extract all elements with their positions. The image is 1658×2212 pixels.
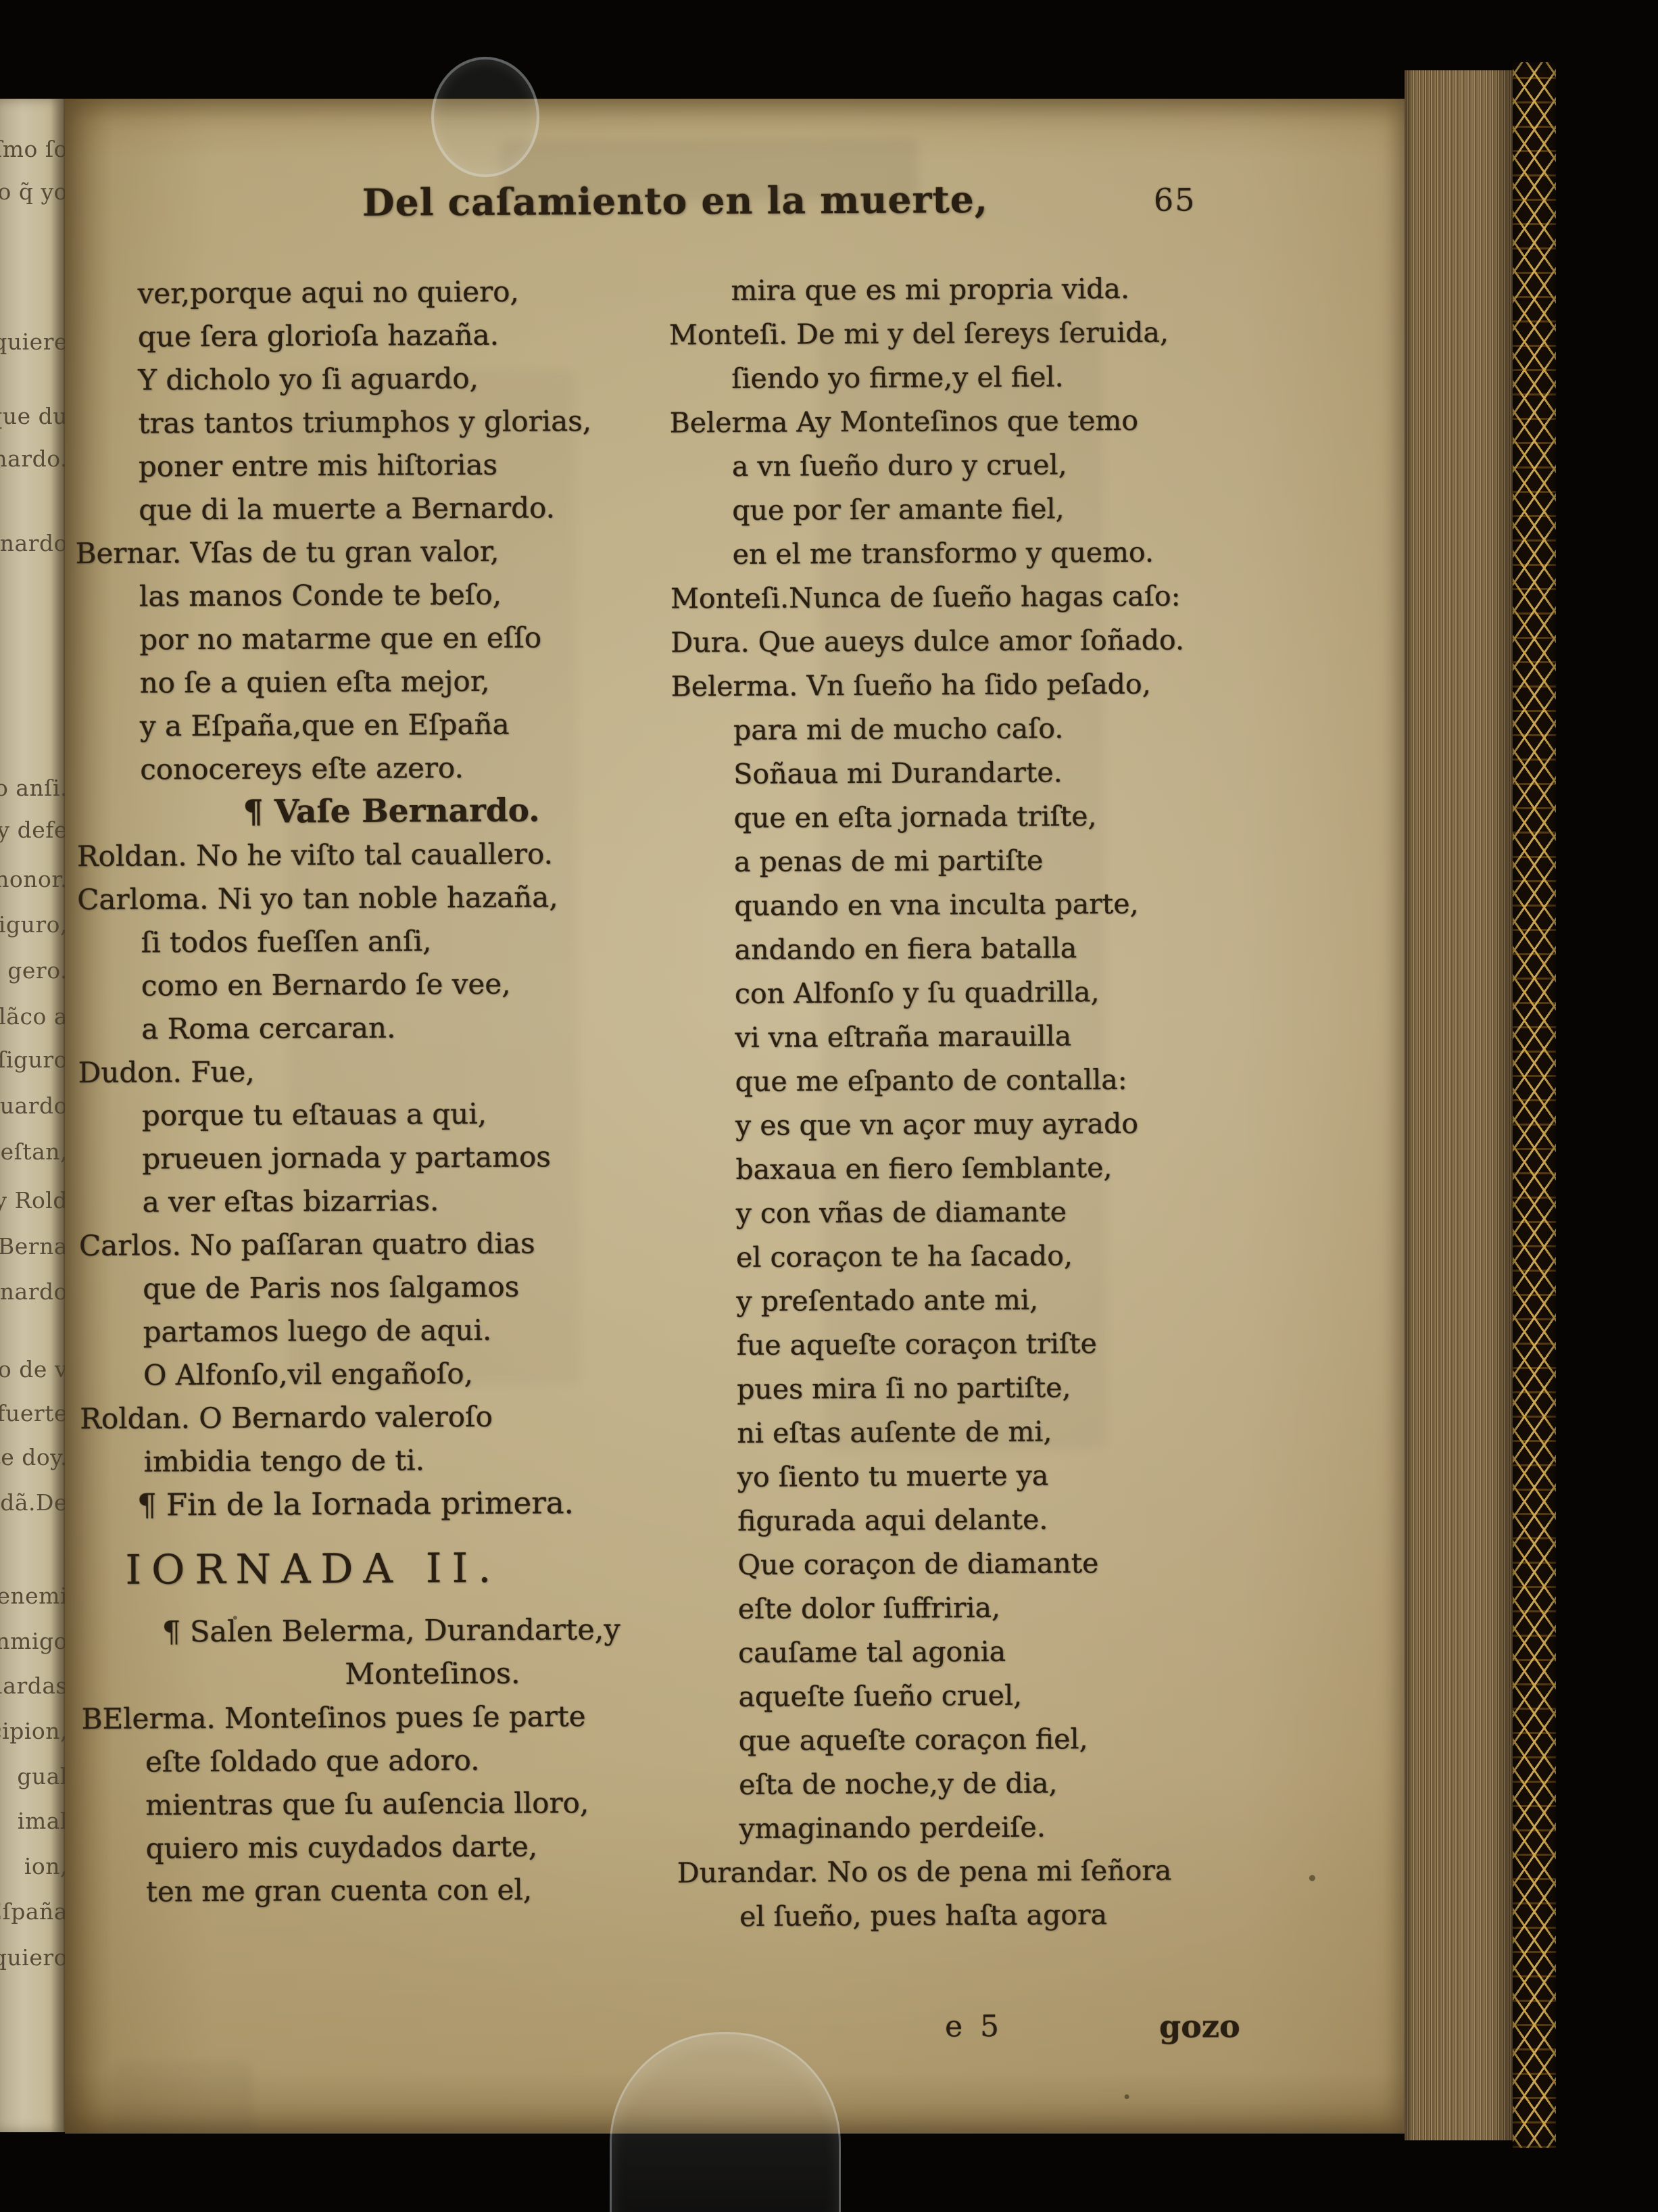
speaker-line: Durandar. No os de pena mi ſeñora: [672, 1848, 1382, 1895]
facing-page-text-fragment: Bernardo.: [0, 446, 65, 472]
verse-line: eſte dolor ſuffriria,: [670, 1584, 1380, 1631]
verse-line: imbidia tengo de ti.: [72, 1438, 667, 1485]
facing-page-text-fragment: lo honor.: [0, 866, 65, 892]
facing-page-text-fragment: s.Bernardo: [0, 530, 65, 556]
verse-line: ten me gran cuenta con el,: [74, 1868, 669, 1915]
verse-line: eſta de noche,y de dia,: [671, 1760, 1381, 1807]
facing-page-text-fragment: nardo de v: [0, 1356, 65, 1382]
facing-page-text-fragment: Scipion,: [0, 1718, 65, 1744]
facing-page-text-fragment: ſto y fuerte: [0, 1400, 65, 1426]
facing-page-text-fragment: ue aguardas: [0, 1673, 65, 1699]
verse-line: aqueſte ſueño cruel,: [670, 1672, 1380, 1719]
facing-page-text-fragment: mi blãco a: [0, 1003, 65, 1030]
book-photograph: miſmo ſoo q̃ yome quiereoy que duBernard…: [0, 0, 1658, 2212]
facing-page-edge: miſmo ſoo q̃ yome quiereoy que duBernard…: [0, 99, 65, 2132]
stage-direction-entrance: ¶ Salen Belerma, Durandarte,y: [73, 1608, 668, 1655]
verse-line: eſte ſoldado que adoro.: [74, 1738, 668, 1785]
show-through-smudge: [110, 2062, 253, 2134]
facing-page-text-fragment: ſiguro,: [0, 911, 65, 938]
paper-speck: [233, 1616, 237, 1620]
verse-line: mientras que ſu auſencia lloro,: [74, 1781, 668, 1828]
verse-line: que aqueſte coraçon fiel,: [671, 1716, 1381, 1763]
facing-page-text-fragment: gero.: [7, 957, 65, 984]
facing-page-text-fragment: miſmo ſo: [0, 136, 65, 162]
speaker-line: BElerma. Monteſinos pues ſe parte: [73, 1695, 668, 1741]
paper-speck: [1125, 2094, 1129, 2099]
facing-page-text-fragment: do anſi.: [0, 775, 65, 801]
facing-page-text-fragment: tu Bernardo: [0, 1278, 65, 1305]
facing-page-text-fragment: ion,: [24, 1853, 65, 1879]
act-heading: IORNADA II.: [72, 1530, 668, 1609]
page-number: 65: [1154, 181, 1196, 218]
facing-page-text-fragment: me quiere: [0, 329, 65, 355]
book-page: Del caſamiento en la muerte, 65 ver,porq…: [65, 99, 1405, 2134]
facing-page-text-fragment: en Eſpaña: [0, 1898, 65, 1925]
glass-weight-top: [431, 57, 539, 177]
facing-page-text-fragment: eſtan,: [1, 1138, 65, 1165]
show-through-smudge: [284, 370, 580, 1385]
verse-line: el ſueño, pues haſta agora: [672, 1892, 1382, 1939]
facing-page-text-fragment: Roldã.De: [0, 1489, 65, 1516]
verse-line: ymaginando perdeiſe.: [671, 1804, 1381, 1851]
page-content: Del caſamiento en la muerte, 65 ver,porq…: [65, 99, 1405, 2134]
facing-page-text-fragment: oy que du: [0, 403, 65, 429]
facing-page-text-fragment: y aguardo: [0, 1092, 65, 1119]
verse-line: ver,porque aqui no quiero,: [66, 270, 660, 316]
facing-page-text-fragment: la te quiero: [0, 1944, 65, 1971]
book-fore-edge-pages: [1405, 70, 1513, 2140]
facing-page-text-fragment: e ſoy Berna: [0, 1233, 65, 1259]
verse-line: que ſera glorioſa hazaña.: [66, 313, 661, 360]
facing-page-text-fragment: gual: [17, 1763, 65, 1789]
verse-line: yo ſiento tu muerte ya: [670, 1452, 1380, 1499]
verse-line: cauſame tal agonia: [670, 1628, 1380, 1675]
verse-line: quiero mis cuydados darte,: [74, 1825, 668, 1871]
stage-direction-continuation: Monteſinos.: [73, 1652, 668, 1698]
verse-line: Que coraçon de diamante: [670, 1540, 1380, 1587]
show-through-smudge: [499, 139, 918, 201]
facing-page-text-fragment: s te doy.: [0, 1444, 65, 1470]
facing-page-text-fragment: mi rey defe: [0, 817, 65, 843]
speaker-line: Roldan. O Bernardo valeroſo: [72, 1395, 666, 1441]
facing-page-text-fragment: nmigo: [0, 1628, 65, 1654]
facing-page-text-fragment: o q̃ yo: [0, 178, 65, 205]
verse-line: figurada aqui delante.: [670, 1496, 1380, 1543]
signature-mark: e 5: [945, 2009, 1003, 2044]
show-through-smudge: [818, 299, 1108, 1450]
facing-page-text-fragment: a mi enemi: [0, 1583, 65, 1609]
gold-tooled-binding-edge: [1513, 62, 1556, 2148]
facing-page-text-fragment: e ſoy Rold: [0, 1187, 65, 1213]
paper-speck: [1309, 1875, 1315, 1881]
facing-page-text-fragment: imal: [18, 1808, 65, 1834]
act-end-note: ¶ Fin de la Iornada primera.: [72, 1481, 667, 1528]
facing-page-text-fragment: s ſiguro: [0, 1047, 65, 1073]
catchword: gozo: [1159, 2008, 1240, 2045]
